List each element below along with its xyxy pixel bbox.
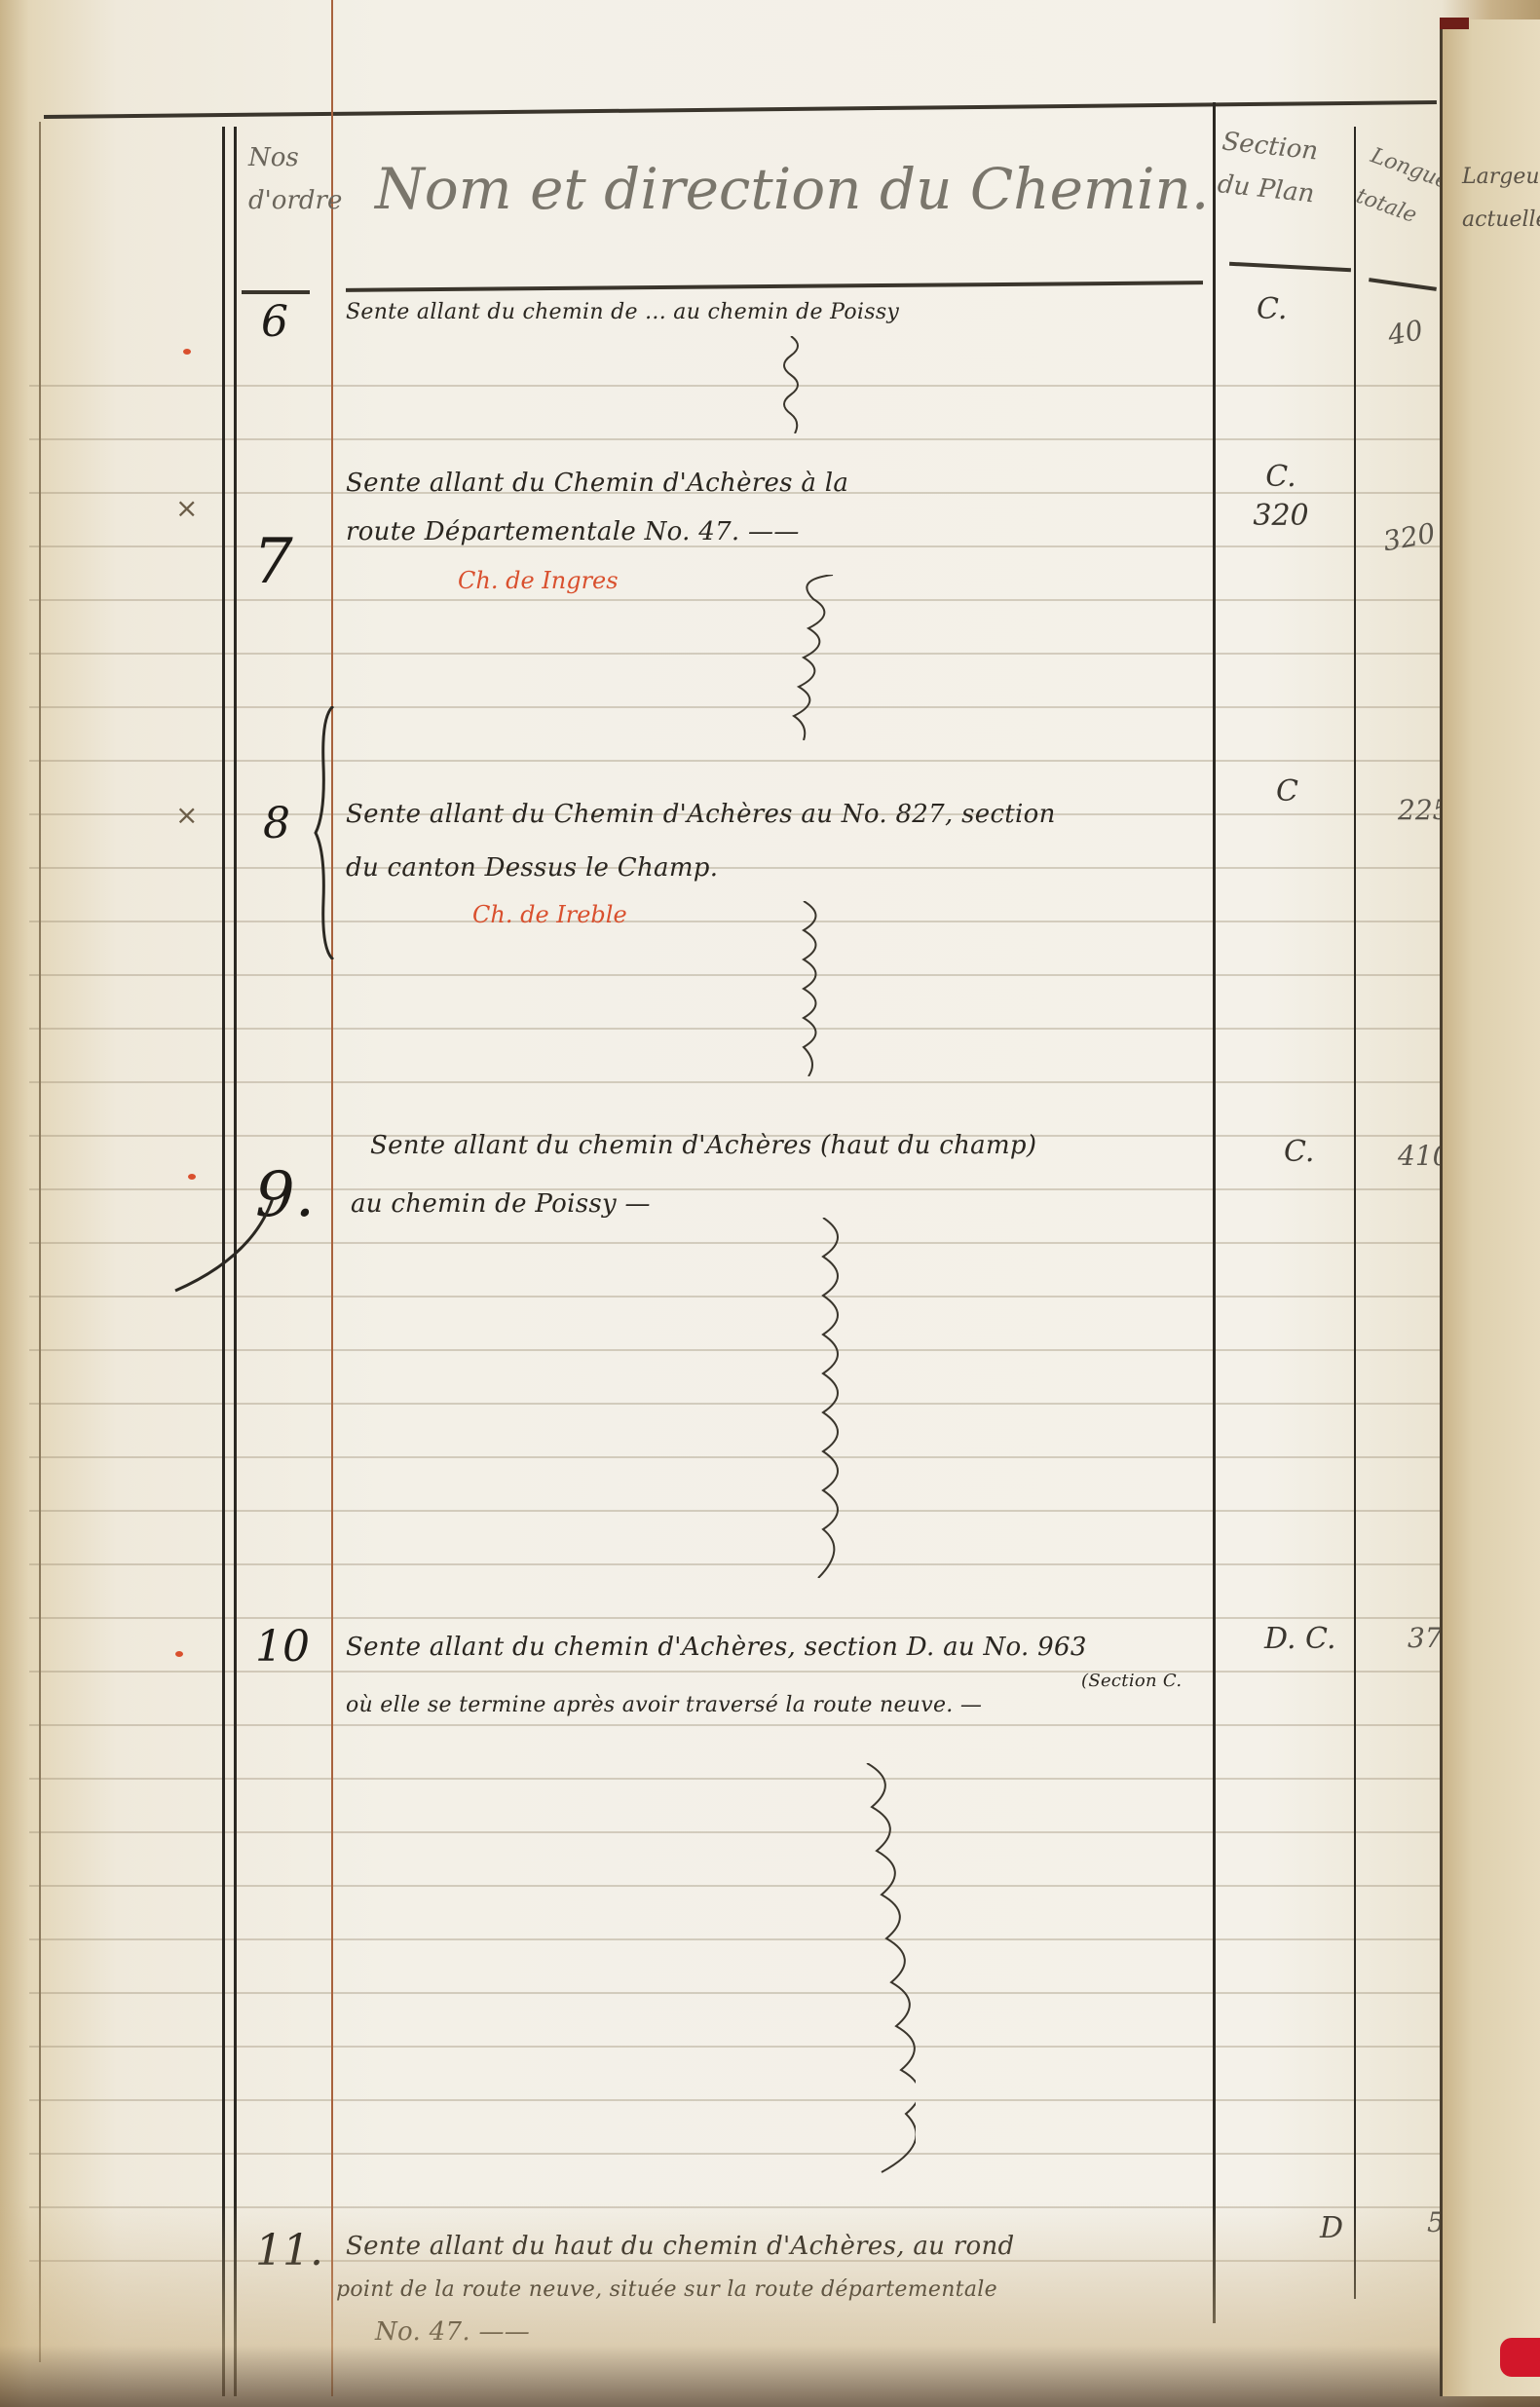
entry-description-line-1: Sente allant du Chemin d'Achères à la	[346, 458, 848, 508]
header-name-column: Nom et direction du Chemin.	[375, 156, 1209, 222]
entry-section: D. C.	[1264, 1622, 1335, 1656]
margin-cross-8: ×	[175, 799, 198, 831]
adjacent-page-edge: Largeur actuelle	[1440, 19, 1540, 2396]
entry-description-line-2: route Départementale No. 47. ——	[346, 507, 800, 557]
column-rule-section-left	[1213, 102, 1216, 2323]
brace-mark	[314, 706, 343, 959]
entry-annotation: (Section C.	[1081, 1656, 1182, 1707]
left-margin-rule	[39, 122, 41, 2362]
entry-number: 8	[263, 799, 290, 848]
header-underline-number	[242, 290, 310, 294]
margin-cross-7: ×	[175, 492, 198, 524]
entry-description-line-1: Sente allant du Chemin d'Achères au No. …	[346, 789, 1056, 840]
margin-mark-red-10	[175, 1651, 183, 1657]
top-border-line	[44, 100, 1437, 119]
column-rule-name-left	[331, 0, 333, 2396]
entry-number: 7	[253, 526, 293, 598]
entry-length: 40	[1385, 314, 1425, 352]
column-rule-length-left	[1354, 127, 1356, 2299]
header-underline-section	[1229, 262, 1351, 273]
red-ribbon-bookmark	[1500, 2338, 1540, 2377]
header-number-column: Nos d'ordre	[248, 136, 317, 222]
margin-mark-red-9	[188, 1174, 196, 1180]
entry-number: 10	[255, 1622, 310, 1672]
header-length-column: Longueur totale	[1349, 135, 1451, 243]
entry-length: 320	[1381, 517, 1438, 558]
squiggle-mark	[779, 336, 808, 433]
entry-section: C	[1276, 774, 1298, 809]
entry-description-line-1: Sente allant du chemin d'Achères, sectio…	[346, 1622, 1087, 1673]
entry-description: Sente allant du chemin de ... au chemin …	[346, 287, 899, 338]
number-flourish	[170, 1198, 278, 1305]
header-section-column: Section du Plan	[1216, 120, 1350, 218]
header-underline-length	[1369, 278, 1437, 291]
red-ink-annotation: Ch. de Ingres	[458, 567, 619, 594]
squiggle-mark	[857, 1763, 916, 2192]
squiggle-mark	[804, 1218, 862, 1578]
binding-corner	[1440, 18, 1469, 29]
squiggle-mark	[794, 901, 843, 1076]
entry-description-line-2: où elle se termine après avoir traversé …	[346, 1680, 982, 1731]
entry-description-line-2: du canton Dessus le Champ.	[346, 843, 718, 893]
page-edge-shadow	[0, 2201, 1540, 2407]
red-ink-annotation: Ch. de Ireble	[472, 901, 627, 928]
entry-description-line-1: Sente allant du chemin d'Achères (haut d…	[370, 1120, 1036, 1171]
entry-section: C.	[1284, 1135, 1314, 1169]
entry-description-line-2: au chemin de Poissy —	[351, 1179, 651, 1229]
entry-section: C.	[1257, 292, 1287, 326]
entry-number: 6	[261, 297, 288, 347]
entry-section: C. 320	[1237, 458, 1325, 536]
margin-mark-red-6	[183, 329, 191, 361]
squiggle-mark	[784, 575, 843, 740]
ledger-page: Nos d'ordre Nom et direction du Chemin. …	[0, 0, 1540, 2407]
adjacent-page-header: Largeur actuelle	[1462, 156, 1540, 242]
